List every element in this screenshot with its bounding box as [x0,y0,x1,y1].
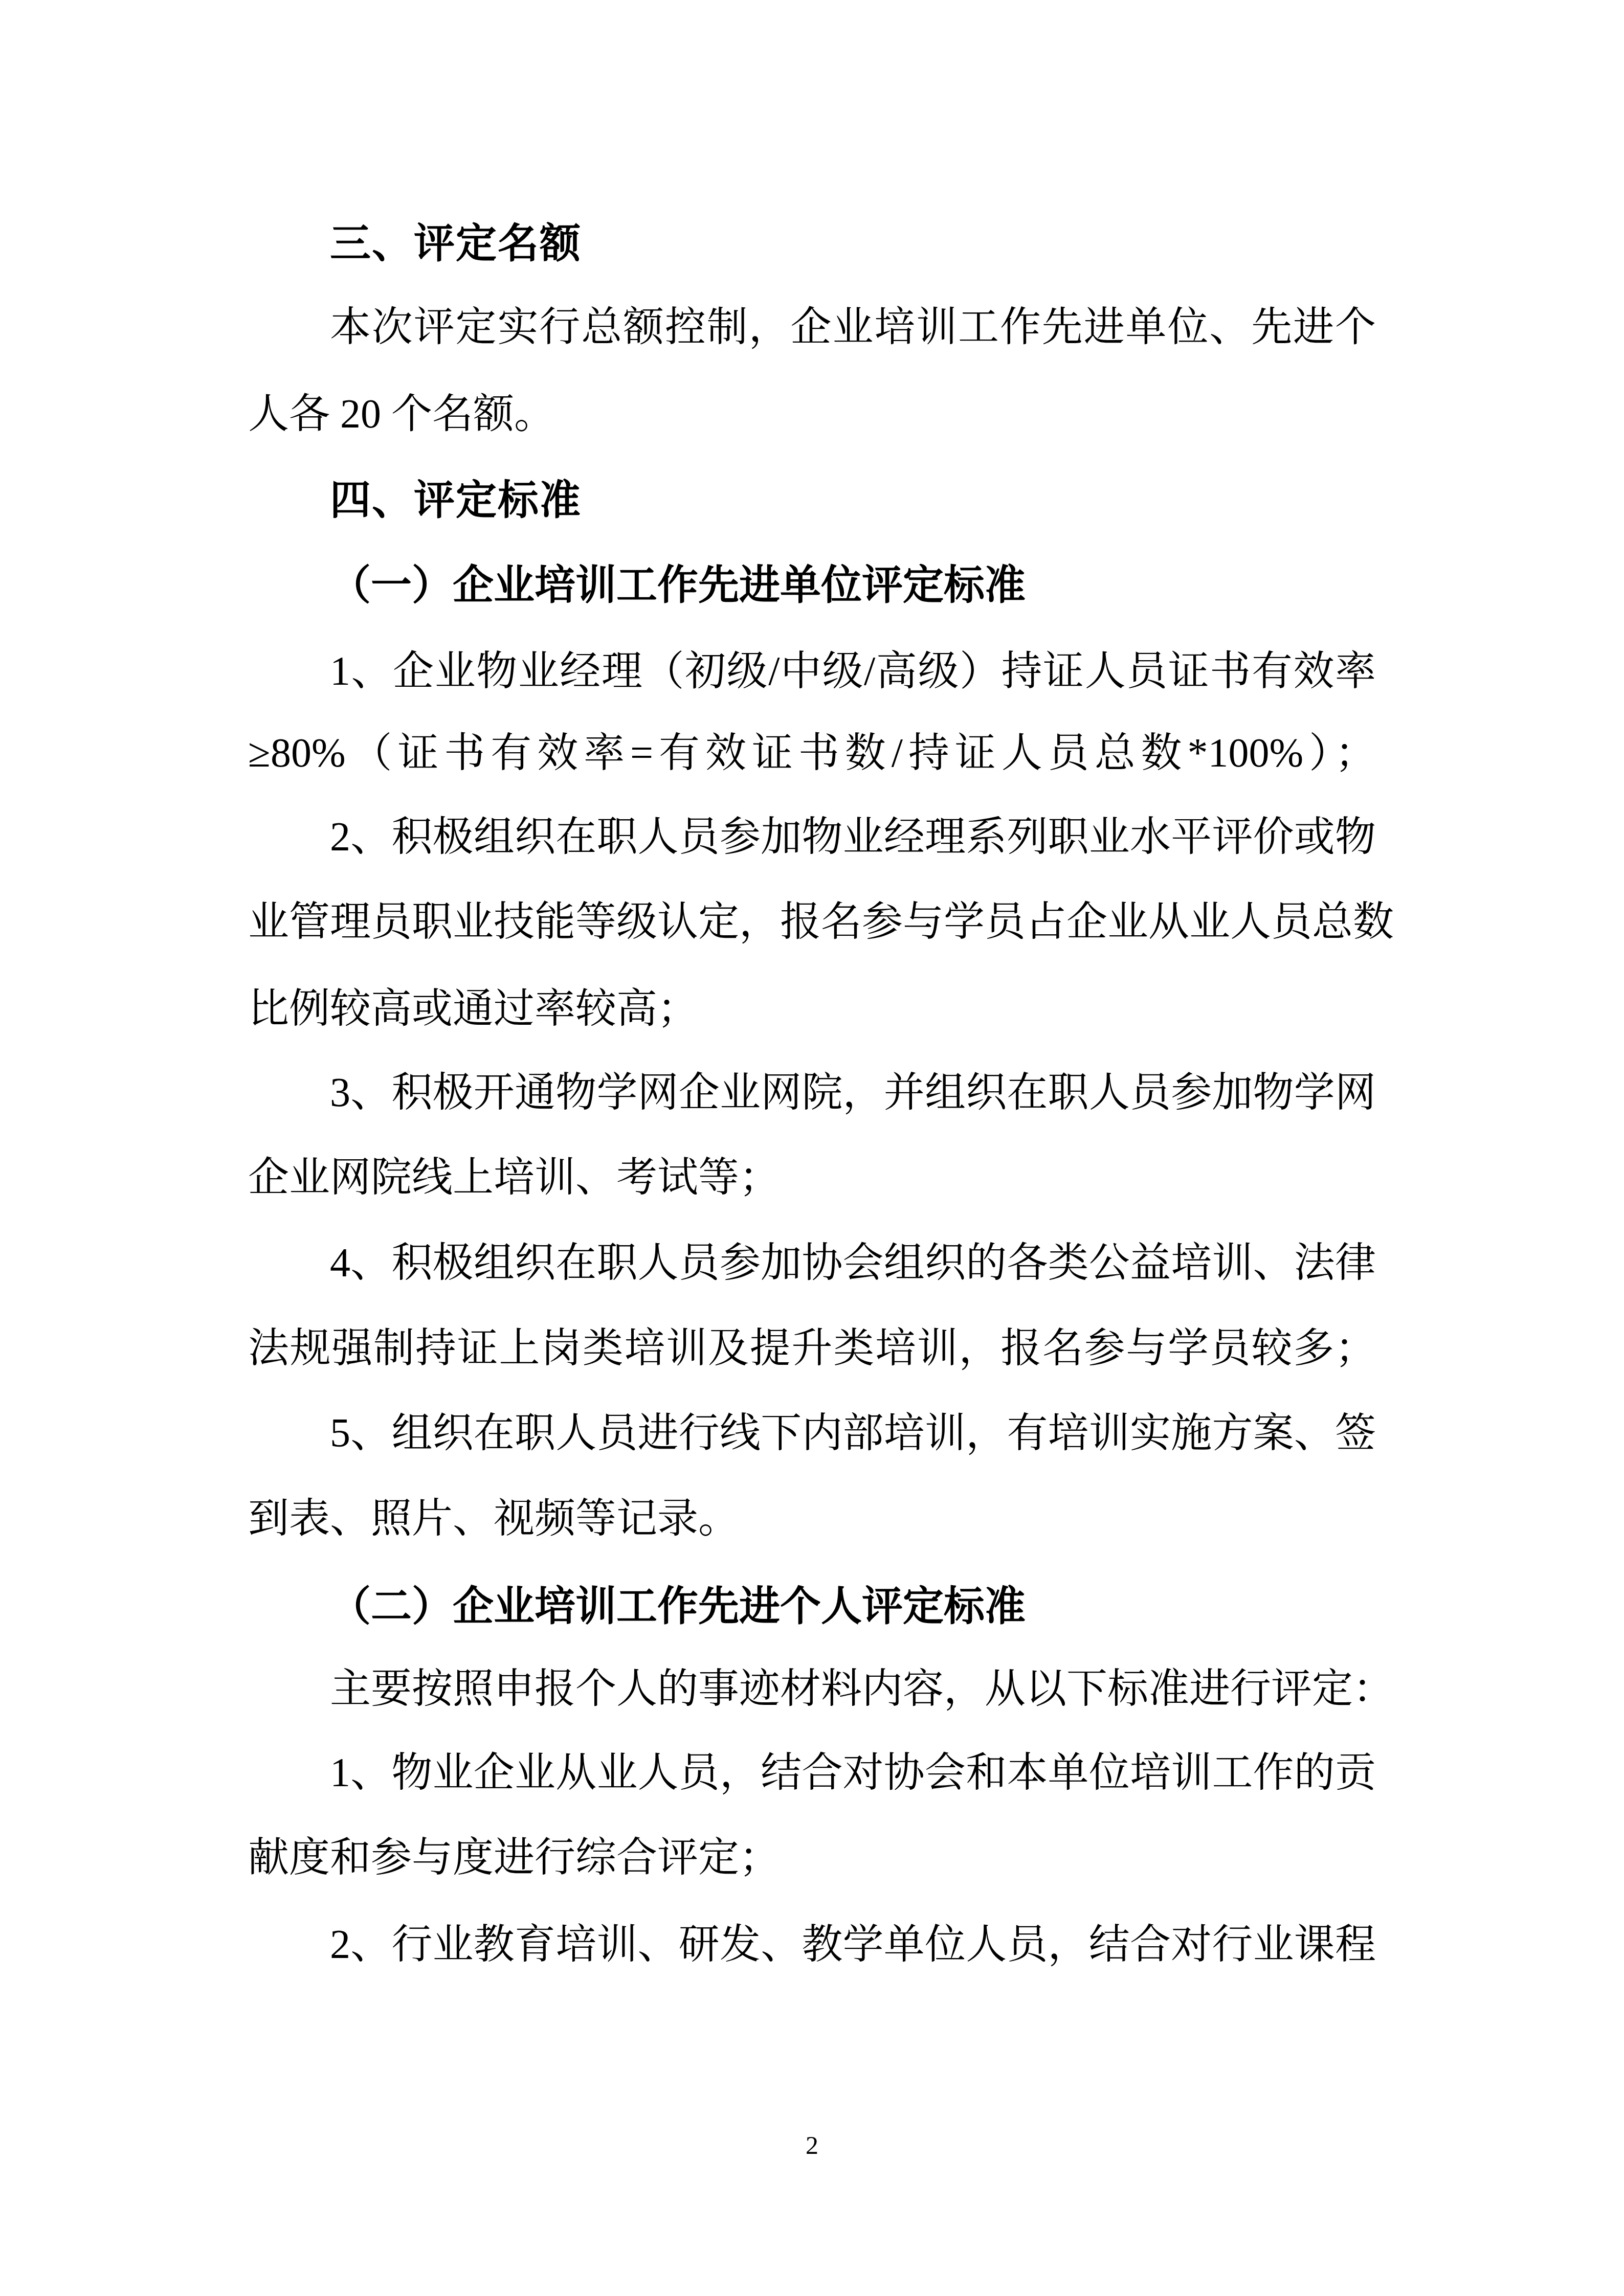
paragraph-line: ≥80%（证书有效率=有效证书数/持证人员总数*100%）； [248,711,1376,796]
paragraph-line: 人各 20 个名额。 [248,372,1376,457]
page-number: 2 [0,2127,1624,2163]
paragraph-line: 比例较高或通过率较高； [248,966,1376,1052]
paragraph-line: 法规强制持证上岗类培训及提升类培训，报名参与学员较多； [248,1306,1376,1391]
paragraph-line: 3、积极开通物学网企业网院，并组织在职人员参加物学网 [330,1050,1376,1136]
paragraph-line: 5、组织在职人员进行线下内部培训，有培训实施方案、签 [330,1391,1376,1476]
paragraph-line: 企业网院线上培训、考试等； [248,1135,1376,1221]
paragraph-line: 到表、照片、视频等记录。 [248,1476,1376,1562]
paragraph-line: 1、企业物业经理（初级/中级/高级）持证人员证书有效率 [330,629,1376,714]
paragraph-line: 主要按照申报个人的事迹材料内容，从以下标准进行评定： [330,1647,1376,1732]
subheading-individual-criteria: （二）企业培训工作先进个人评定标准 [330,1563,1376,1649]
paragraph-line: 2、行业教育培训、研发、教学单位人员，结合对行业课程 [330,1902,1376,1988]
paragraph-line: 业管理员职业技能等级认定，报名参与学员占企业从业人员总数 [248,880,1376,965]
paragraph-line: 献度和参与度进行综合评定； [248,1815,1376,1901]
paragraph-line: 本次评定实行总额控制，企业培训工作先进单位、先进个 [330,285,1376,370]
document-page: 三、评定名额 本次评定实行总额控制，企业培训工作先进单位、先进个 人各 20 个… [0,0,1624,2296]
subheading-unit-criteria: （一）企业培训工作先进单位评定标准 [330,542,1376,627]
section-heading-quota: 三、评定名额 [330,200,1376,286]
paragraph-line: 4、积极组织在职人员参加协会组织的各类公益培训、法律 [330,1221,1376,1306]
section-heading-criteria: 四、评定标准 [330,457,1376,543]
paragraph-line: 1、物业企业从业人员，结合对协会和本单位培训工作的贡 [330,1730,1376,1816]
paragraph-line: 2、积极组织在职人员参加物业经理系列职业水平评价或物 [330,795,1376,880]
